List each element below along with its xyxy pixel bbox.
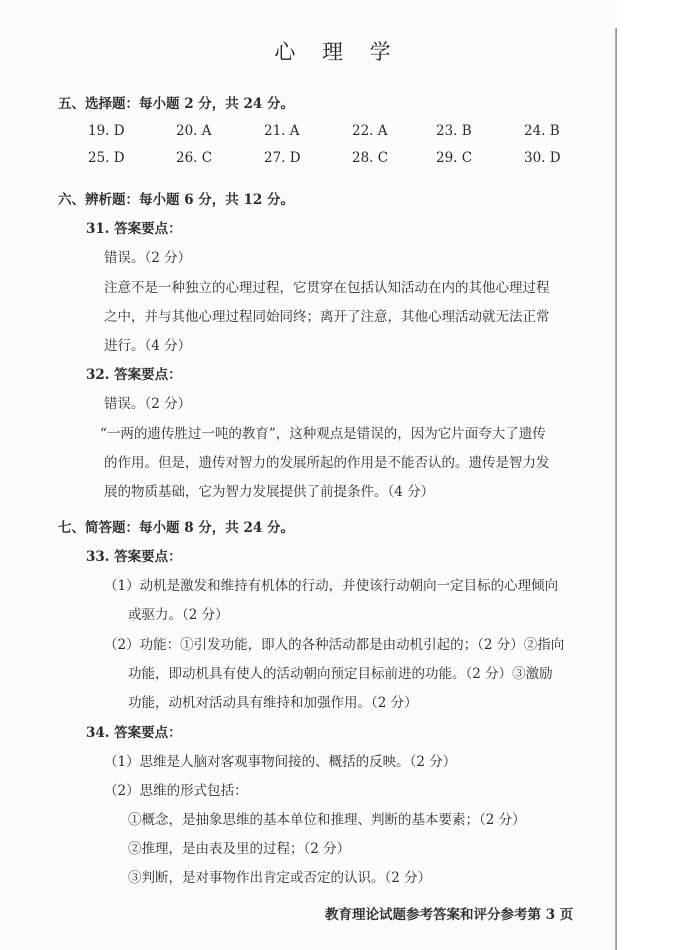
answer-30: 30. D [524, 150, 561, 166]
answer-23: 23. B [436, 123, 472, 139]
q34-label: 34. 答案要点： [86, 721, 182, 741]
q33-line: 功能，即动机具有使人的活动朝向预定目标前进的功能。（2 分）③激励 [128, 662, 553, 682]
q34-line: ②推理，是由表及里的过程；（2 分） [128, 837, 350, 857]
q34-line: （1）思维是人脑对客观事物间接的、概括的反映。（2 分） [104, 750, 456, 770]
q32-line: 的作用。但是，遗传对智力的发展所起的作用是不能否认的。遗传是智力发 [104, 451, 550, 471]
section-6-heading: 六、辨析题：每小题 6 分，共 12 分。 [58, 188, 294, 208]
page-title: 心 理 学 [0, 36, 675, 66]
q31-label: 31. 答案要点： [86, 217, 182, 237]
q33-line: 或驱力。（2 分） [128, 603, 229, 623]
q31-line: 进行。（4 分） [104, 334, 191, 354]
page-footer: 教育理论试题参考答案和评分参考第 3 页 [325, 903, 573, 923]
q31-line: 注意不是一种独立的心理过程，它贯穿在包括认知活动在内的其他心理过程 [104, 276, 550, 296]
section-7-heading: 七、简答题：每小题 8 分，共 24 分。 [58, 516, 294, 536]
answer-22: 22. A [352, 123, 388, 139]
q34-line: ①概念，是抽象思维的基本单位和推理、判断的基本要素；（2 分） [128, 808, 526, 828]
q33-line: （2）功能：①引发功能，即人的各种活动都是由动机引起的；（2 分）②指向 [104, 633, 564, 653]
q31-line: 错误。（2 分） [104, 246, 191, 266]
answer-28: 28. C [352, 150, 388, 166]
page-margin [617, 0, 675, 950]
q32-label: 32. 答案要点： [86, 363, 182, 383]
answer-26: 26. C [176, 150, 212, 166]
q32-line: 错误。（2 分） [104, 392, 191, 412]
answer-27: 27. D [264, 150, 301, 166]
answer-24: 24. B [524, 123, 560, 139]
answer-20: 20. A [176, 123, 212, 139]
q33-label: 33. 答案要点： [86, 545, 182, 565]
answer-19: 19. D [88, 123, 125, 139]
answer-25: 25. D [88, 150, 125, 166]
q33-line: （1）动机是激发和维持有机体的行动，并使该行动朝向一定目标的心理倾向 [104, 574, 558, 594]
answer-29: 29. C [436, 150, 472, 166]
page-edge-line [615, 28, 617, 950]
q34-line: （2）思维的形式包括： [104, 779, 248, 799]
q32-line: 展的物质基础，它为智力发展提供了前提条件。（4 分） [104, 480, 434, 500]
section-5-heading: 五、选择题：每小题 2 分，共 24 分。 [58, 92, 294, 112]
q32-line: “一两的遗传胜过一吨的教育”，这种观点是错误的，因为它片面夸大了遗传 [100, 422, 546, 442]
q31-line: 之中，并与其他心理过程同始同终；离开了注意，其他心理活动就无法正常 [104, 305, 550, 325]
q33-line: 功能，动机对活动具有维持和加强作用。（2 分） [128, 691, 418, 711]
q34-line: ③判断，是对事物作出肯定或否定的认识。（2 分） [128, 866, 431, 886]
answer-21: 21. A [264, 123, 300, 139]
